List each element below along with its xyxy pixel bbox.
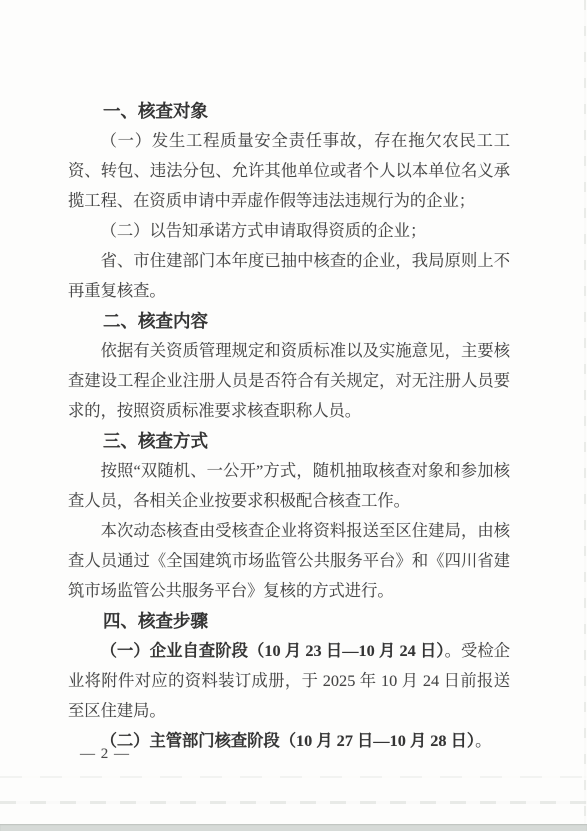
text-run: 。	[475, 731, 491, 750]
scan-noise-line	[0, 801, 587, 804]
text-run: 二、核查内容	[103, 311, 208, 331]
text-run: 本次动态核查由受核查企业将资料报送至区住建局，由核查人员通过《全国建筑市场监管公…	[68, 521, 510, 600]
text-run: 按照“双随机、一公开”方式，随机抽取核查对象和参加核查人员，各相关企业按要求积极…	[68, 461, 510, 510]
text-run: （一）发生工程质量安全责任事故，存在拖欠农民工工资、转包、违法分包、允许其他单位…	[68, 131, 510, 210]
scan-bottom-edge-shadow	[0, 824, 587, 831]
section-heading: 三、核查方式	[68, 426, 510, 456]
section-heading: 一、核查对象	[68, 96, 510, 126]
text-run: 三、核查方式	[103, 431, 208, 451]
paragraph: 本次动态核查由受核查企业将资料报送至区住建局，由核查人员通过《全国建筑市场监管公…	[68, 516, 510, 606]
scan-right-edge-artifact	[584, 0, 586, 824]
text-run: 四、核查步骤	[103, 611, 208, 631]
paragraph: （一）企业自查阶段（10 月 23 日—10 月 24 日）。受检企业将附件对应…	[68, 636, 510, 726]
document-body: 一、核查对象（一）发生工程质量安全责任事故，存在拖欠农民工工资、转包、违法分包、…	[68, 96, 510, 756]
text-run: 省、市住建部门本年度已抽中核查的企业，我局原则上不再重复核查。	[68, 251, 510, 300]
paragraph: 依据有关资质管理规定和资质标准以及实施意见，主要核查建设工程企业注册人员是否符合…	[68, 336, 510, 426]
paragraph: （一）发生工程质量安全责任事故，存在拖欠农民工工资、转包、违法分包、允许其他单位…	[68, 126, 510, 216]
paragraph: 省、市住建部门本年度已抽中核查的企业，我局原则上不再重复核查。	[68, 246, 510, 306]
paragraph: （二）主管部门核查阶段（10 月 27 日—10 月 28 日）。	[68, 726, 510, 756]
text-run: 依据有关资质管理规定和资质标准以及实施意见，主要核查建设工程企业注册人员是否符合…	[68, 341, 510, 420]
scanned-document-page: 一、核查对象（一）发生工程质量安全责任事故，存在拖欠农民工工资、转包、违法分包、…	[0, 0, 587, 831]
section-heading: 二、核查内容	[68, 306, 510, 336]
text-run: （二）以告知承诺方式申请取得资质的企业；	[101, 221, 427, 240]
scan-noise-line	[0, 776, 587, 778]
text-run: （一）企业自查阶段（10 月 23 日—10 月 24 日）	[101, 641, 445, 660]
section-heading: 四、核查步骤	[68, 606, 510, 636]
paragraph: （二）以告知承诺方式申请取得资质的企业；	[68, 216, 510, 246]
text-run: 一、核查对象	[103, 101, 208, 121]
page-number: — 2 —	[80, 744, 130, 764]
text-run: （二）主管部门核查阶段（10 月 27 日—10 月 28 日）	[101, 731, 475, 750]
paragraph: 按照“双随机、一公开”方式，随机抽取核查对象和参加核查人员，各相关企业按要求积极…	[68, 456, 510, 516]
